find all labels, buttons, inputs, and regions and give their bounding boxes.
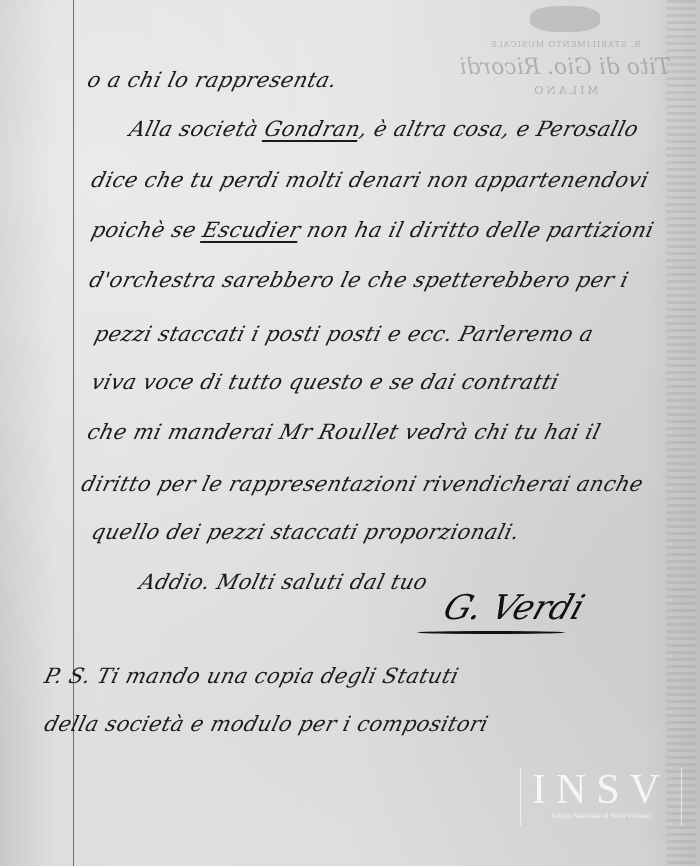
crest-icon [530, 6, 600, 32]
insv-watermark: INSV Istituto Nazionale di Studi Verdian… [520, 768, 682, 826]
letter-line-4: poichè se Escudier non ha il diritto del… [89, 218, 656, 242]
line-2-post: , è altra cosa, e Perosallo [357, 117, 641, 141]
signature: G. Verdi [439, 588, 590, 628]
letter-line-9: diritto per le rappresentazioni rivendic… [79, 472, 646, 496]
letter-line-3: dice che tu perdi molti denari non appar… [89, 168, 651, 192]
letter-line-7: viva voce di tutto questo e se dai contr… [89, 370, 561, 394]
postscript-line-2: della società e modulo per i compositori [42, 712, 491, 736]
letterhead-bleedthrough: R. STABILIMENTO MUSICALE Tito di Gio. Ri… [440, 6, 690, 97]
margin-line [73, 0, 74, 866]
line-4-pre: poichè se [89, 218, 206, 242]
watermark-mark: INSV [521, 768, 681, 812]
watermark-subtitle: Istituto Nazionale di Studi Verdiani [521, 812, 681, 821]
underlined-name-escudier: Escudier [200, 218, 303, 242]
letterhead-establishment: R. STABILIMENTO MUSICALE [440, 40, 690, 49]
manuscript-page: R. STABILIMENTO MUSICALE Tito di Gio. Ri… [0, 0, 700, 866]
line-2-pre: Alla società [127, 117, 268, 141]
letterhead-firm: Tito di Gio. Ricordi [440, 55, 690, 80]
letter-line-2: Alla società Gondran, è altra cosa, e Pe… [127, 117, 641, 141]
letterhead-city: MILANO [440, 84, 690, 97]
postscript-line-1: P. S. Ti mando una copia degli Statuti [42, 664, 461, 688]
letter-line-5: d'orchestra sarebbero le che spetterebbe… [87, 268, 631, 292]
letter-line-6: pezzi staccati i posti posti e ecc. Parl… [92, 322, 596, 346]
closing-line: Addio. Molti saluti dal tuo [137, 570, 430, 594]
letter-line-8: che mi manderai Mr Roullet vedrà chi tu … [85, 420, 603, 444]
line-4-post: non ha il diritto delle partizioni [297, 218, 656, 242]
letter-line-10: quello dei pezzi staccati proporzionali. [89, 520, 522, 544]
letter-line-1: o a chi lo rappresenta. [85, 68, 340, 92]
page-edge-strip [666, 0, 696, 866]
underlined-name-gondran: Gondran [262, 117, 363, 141]
